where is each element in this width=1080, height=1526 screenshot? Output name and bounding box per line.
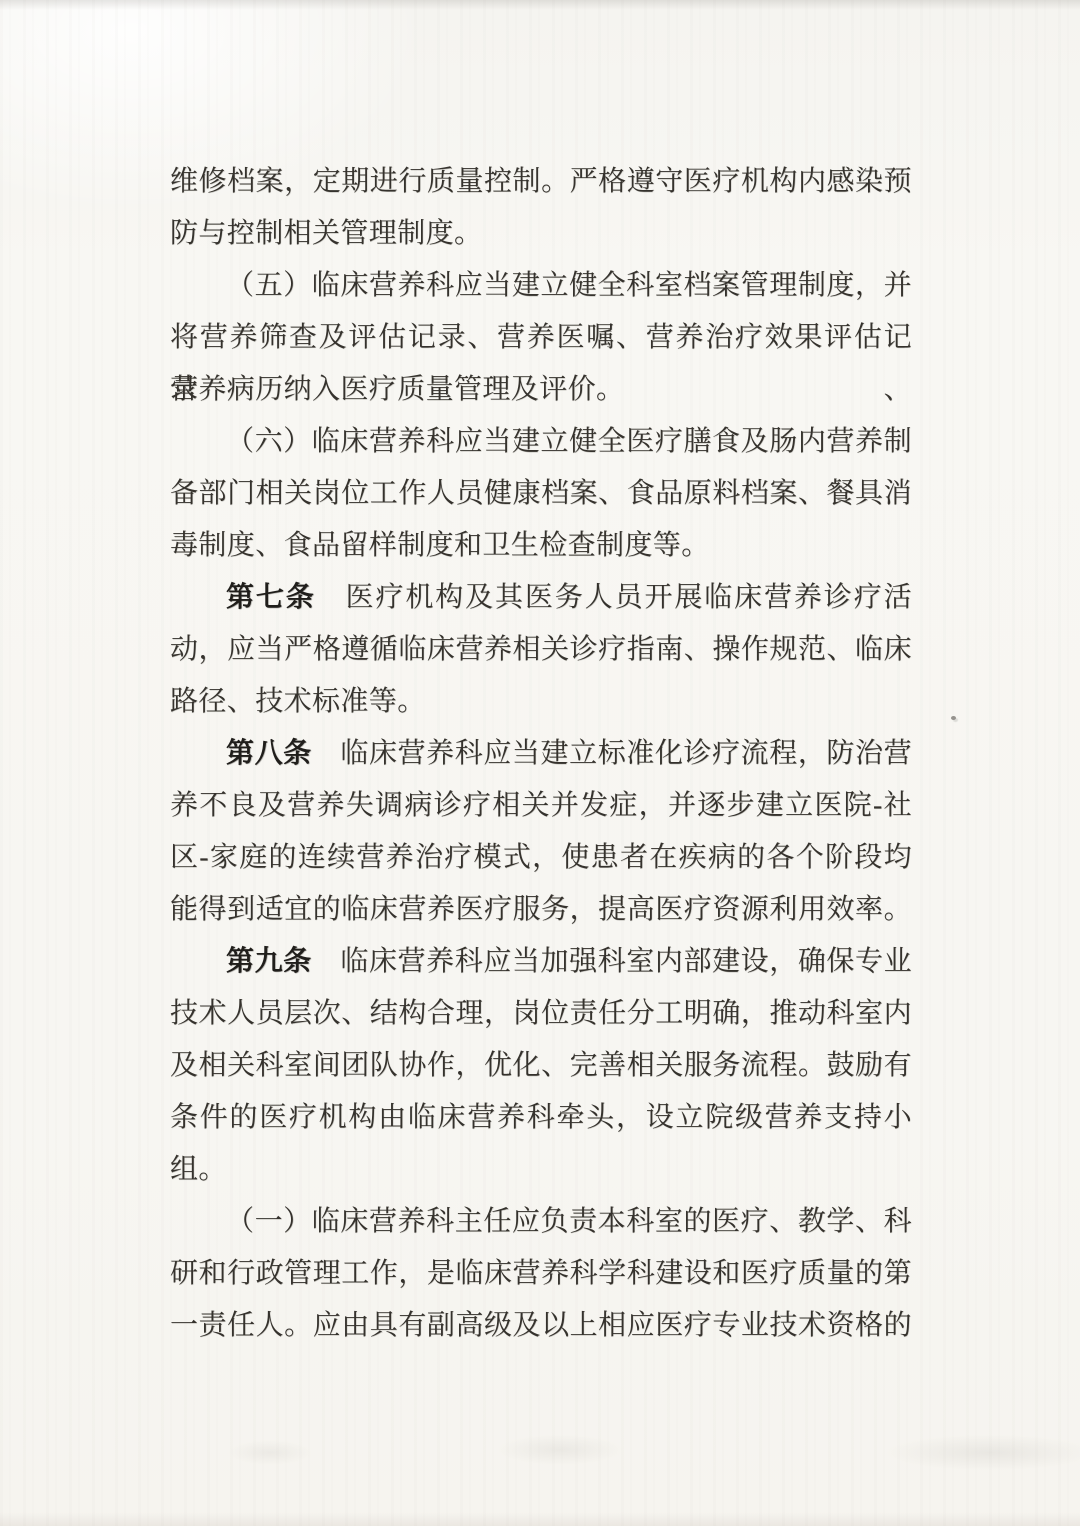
- text-segment: 临床营养科应当加强科室内部建设，确保专业: [312, 946, 912, 977]
- text-segment: 维修档案，定期进行质量控制。严格遵守医疗机构内感染预: [170, 166, 912, 197]
- text-line: 研和行政管理工作，是临床营养科学科建设和医疗质量的第: [170, 1248, 912, 1300]
- text-line: 区-家庭的连续营养治疗模式，使患者在疾病的各个阶段均: [170, 832, 912, 884]
- article-number: 第九条: [226, 946, 312, 977]
- text-segment: 路径、技术标准等。: [170, 686, 426, 717]
- text-segment: 防与控制相关管理制度。: [170, 218, 482, 249]
- text-line: 第九条 临床营养科应当加强科室内部建设，确保专业: [170, 936, 912, 988]
- text-segment: （六）临床营养科应当建立健全医疗膳食及肠内营养制: [226, 426, 912, 457]
- text-line: 一责任人。应由具有副高级及以上相应医疗专业技术资格的: [170, 1300, 912, 1352]
- text-segment: 区-家庭的连续营养治疗模式，使患者在疾病的各个阶段均: [170, 842, 912, 873]
- scan-edge-shadow-bottom: [0, 1512, 1080, 1526]
- text-segment: 技术人员层次、结构合理，岗位责任分工明确，推动科室内: [170, 998, 912, 1029]
- text-segment: 备部门相关岗位工作人员健康档案、食品原料档案、餐具消: [170, 478, 912, 509]
- article-number: 第七条: [226, 582, 316, 613]
- scan-edge-shadow-top: [0, 0, 1080, 10]
- text-line: 第八条 临床营养科应当建立标准化诊疗流程，防治营: [170, 728, 912, 780]
- text-segment: 能得到适宜的临床营养医疗服务，提高医疗资源利用效率。: [170, 894, 912, 925]
- text-segment: 养不良及营养失调病诊疗相关并发症，并逐步建立医院-社: [170, 790, 912, 821]
- text-line: 组。: [170, 1144, 912, 1196]
- scanned-document-page: 维修档案，定期进行质量控制。严格遵守医疗机构内感染预防与控制相关管理制度。（五）…: [0, 0, 1080, 1526]
- text-segment: 组。: [170, 1154, 227, 1185]
- text-segment: 研和行政管理工作，是临床营养科学科建设和医疗质量的第: [170, 1258, 912, 1289]
- text-segment: 临床营养科应当建立标准化诊疗流程，防治营: [312, 738, 912, 769]
- scan-speck-artifact: [951, 716, 956, 720]
- text-segment: 一责任人。应由具有副高级及以上相应医疗专业技术资格的: [170, 1310, 912, 1341]
- text-segment: （一）临床营养科主任应负责本科室的医疗、教学、科: [226, 1206, 912, 1237]
- text-line: 能得到适宜的临床营养医疗服务，提高医疗资源利用效率。: [170, 884, 912, 936]
- text-line: 养不良及营养失调病诊疗相关并发症，并逐步建立医院-社: [170, 780, 912, 832]
- text-segment: 医疗机构及其医务人员开展临床营养诊疗活: [316, 582, 912, 613]
- text-line: 将营养筛查及评估记录、营养医嘱、营养治疗效果评估记录、: [170, 312, 912, 364]
- text-line: 条件的医疗机构由临床营养科牵头，设立院级营养支持小: [170, 1092, 912, 1144]
- text-line: 备部门相关岗位工作人员健康档案、食品原料档案、餐具消: [170, 468, 912, 520]
- text-segment: 毒制度、食品留样制度和卫生检查制度等。: [170, 530, 710, 561]
- scan-smudge-artifact: [0, 1425, 1080, 1480]
- text-segment: 条件的医疗机构由临床营养科牵头，设立院级营养支持小: [170, 1102, 912, 1133]
- text-line: （一）临床营养科主任应负责本科室的医疗、教学、科: [170, 1196, 912, 1248]
- text-line: 动，应当严格遵循临床营养相关诊疗指南、操作规范、临床: [170, 624, 912, 676]
- text-line: 毒制度、食品留样制度和卫生检查制度等。: [170, 520, 912, 572]
- text-segment: 及相关科室间团队协作，优化、完善相关服务流程。鼓励有: [170, 1050, 912, 1081]
- text-line: （六）临床营养科应当建立健全医疗膳食及肠内营养制: [170, 416, 912, 468]
- text-segment: 营养病历纳入医疗质量管理及评价。: [170, 374, 624, 405]
- text-line: 第七条 医疗机构及其医务人员开展临床营养诊疗活: [170, 572, 912, 624]
- text-line: （五）临床营养科应当建立健全科室档案管理制度，并: [170, 260, 912, 312]
- document-body: 维修档案，定期进行质量控制。严格遵守医疗机构内感染预防与控制相关管理制度。（五）…: [170, 156, 912, 1352]
- text-line: 防与控制相关管理制度。: [170, 208, 912, 260]
- text-line: 路径、技术标准等。: [170, 676, 912, 728]
- text-line: 及相关科室间团队协作，优化、完善相关服务流程。鼓励有: [170, 1040, 912, 1092]
- article-number: 第八条: [226, 738, 312, 769]
- text-segment: 动，应当严格遵循临床营养相关诊疗指南、操作规范、临床: [170, 634, 912, 665]
- text-line: 维修档案，定期进行质量控制。严格遵守医疗机构内感染预: [170, 156, 912, 208]
- text-line: 技术人员层次、结构合理，岗位责任分工明确，推动科室内: [170, 988, 912, 1040]
- text-segment: （五）临床营养科应当建立健全科室档案管理制度，并: [226, 270, 912, 301]
